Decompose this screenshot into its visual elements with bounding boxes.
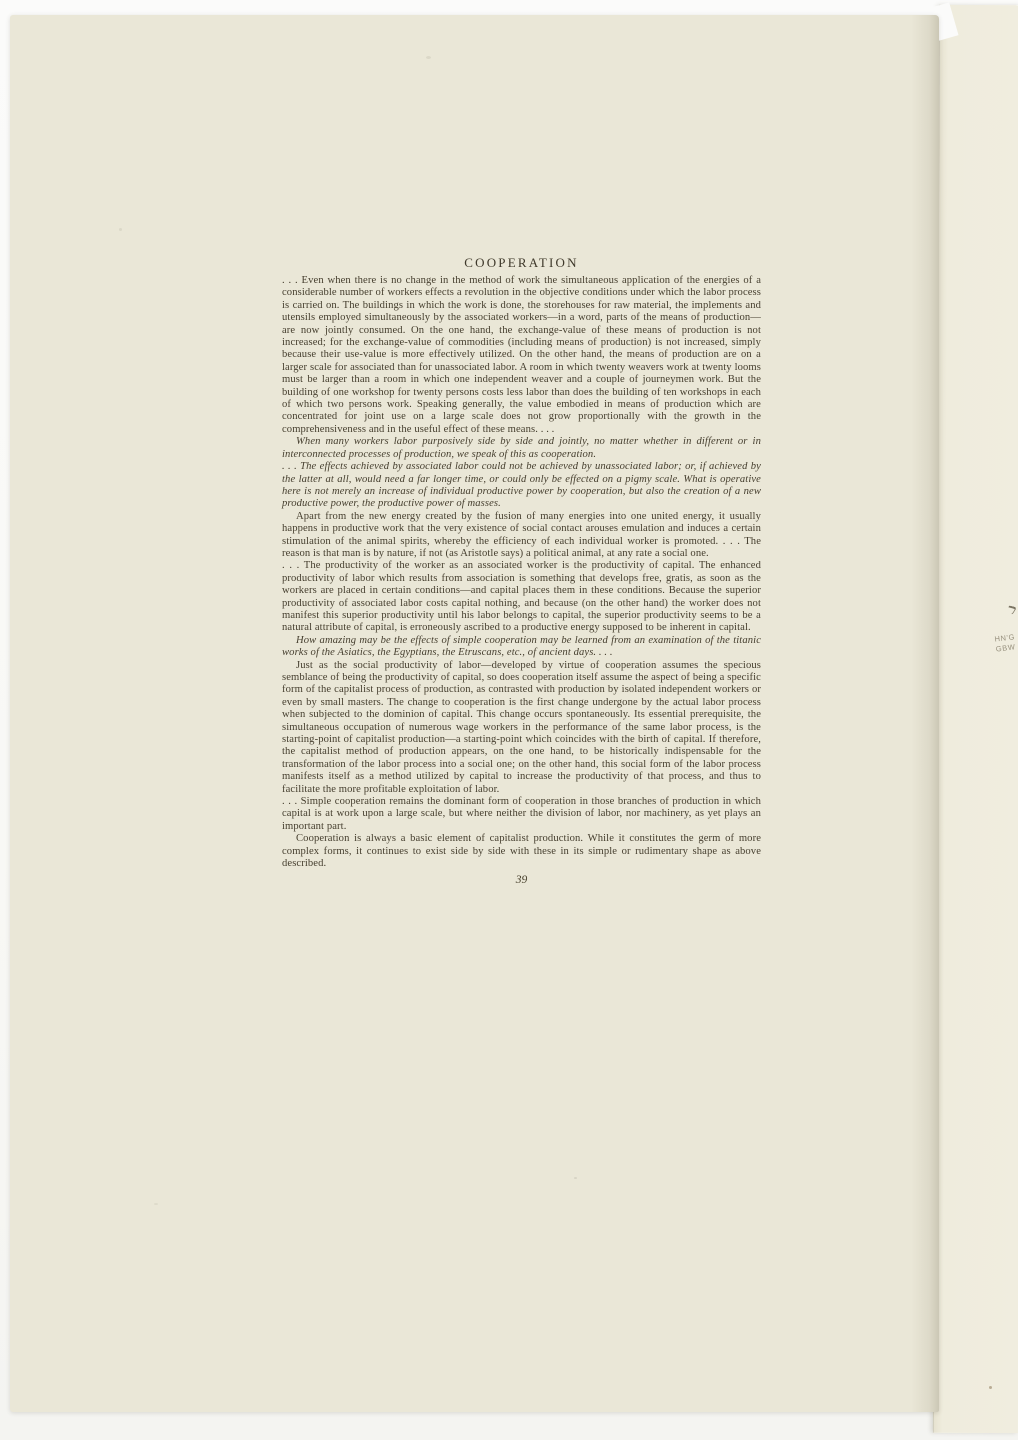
page-sheet: COOPERATION . . . Even when there is no … [10, 15, 939, 1412]
paragraph: Cooperation is always a basic element of… [282, 833, 761, 870]
paper-speck [574, 1177, 577, 1179]
page-fold-shadow [911, 15, 939, 1412]
scan-background: COOPERATION . . . Even when there is no … [0, 0, 1018, 1440]
paper-speck [426, 56, 431, 59]
paper-speck [989, 1386, 992, 1389]
page-number: 39 [282, 874, 761, 886]
paragraph: How amazing may be the effects of simple… [282, 635, 761, 660]
paper-speck [154, 1203, 158, 1205]
paragraph: . . . Simple cooperation remains the dom… [282, 796, 761, 833]
paragraph-list: . . . Even when there is no change in th… [282, 275, 761, 871]
paragraph: . . . The productivity of the worker as … [282, 560, 761, 634]
page-title: COOPERATION [282, 255, 761, 271]
paragraph: . . . Even when there is no change in th… [282, 275, 761, 436]
paragraph: When many workers labor purposively side… [282, 436, 761, 461]
text-block: COOPERATION . . . Even when there is no … [282, 255, 761, 886]
paragraph: . . . The effects achieved by associated… [282, 461, 761, 511]
paragraph: Just as the social productivity of labor… [282, 660, 761, 796]
underlying-page-edge [933, 5, 1018, 1433]
paragraph: Apart from the new energy created by the… [282, 511, 761, 561]
paper-speck [119, 228, 122, 231]
